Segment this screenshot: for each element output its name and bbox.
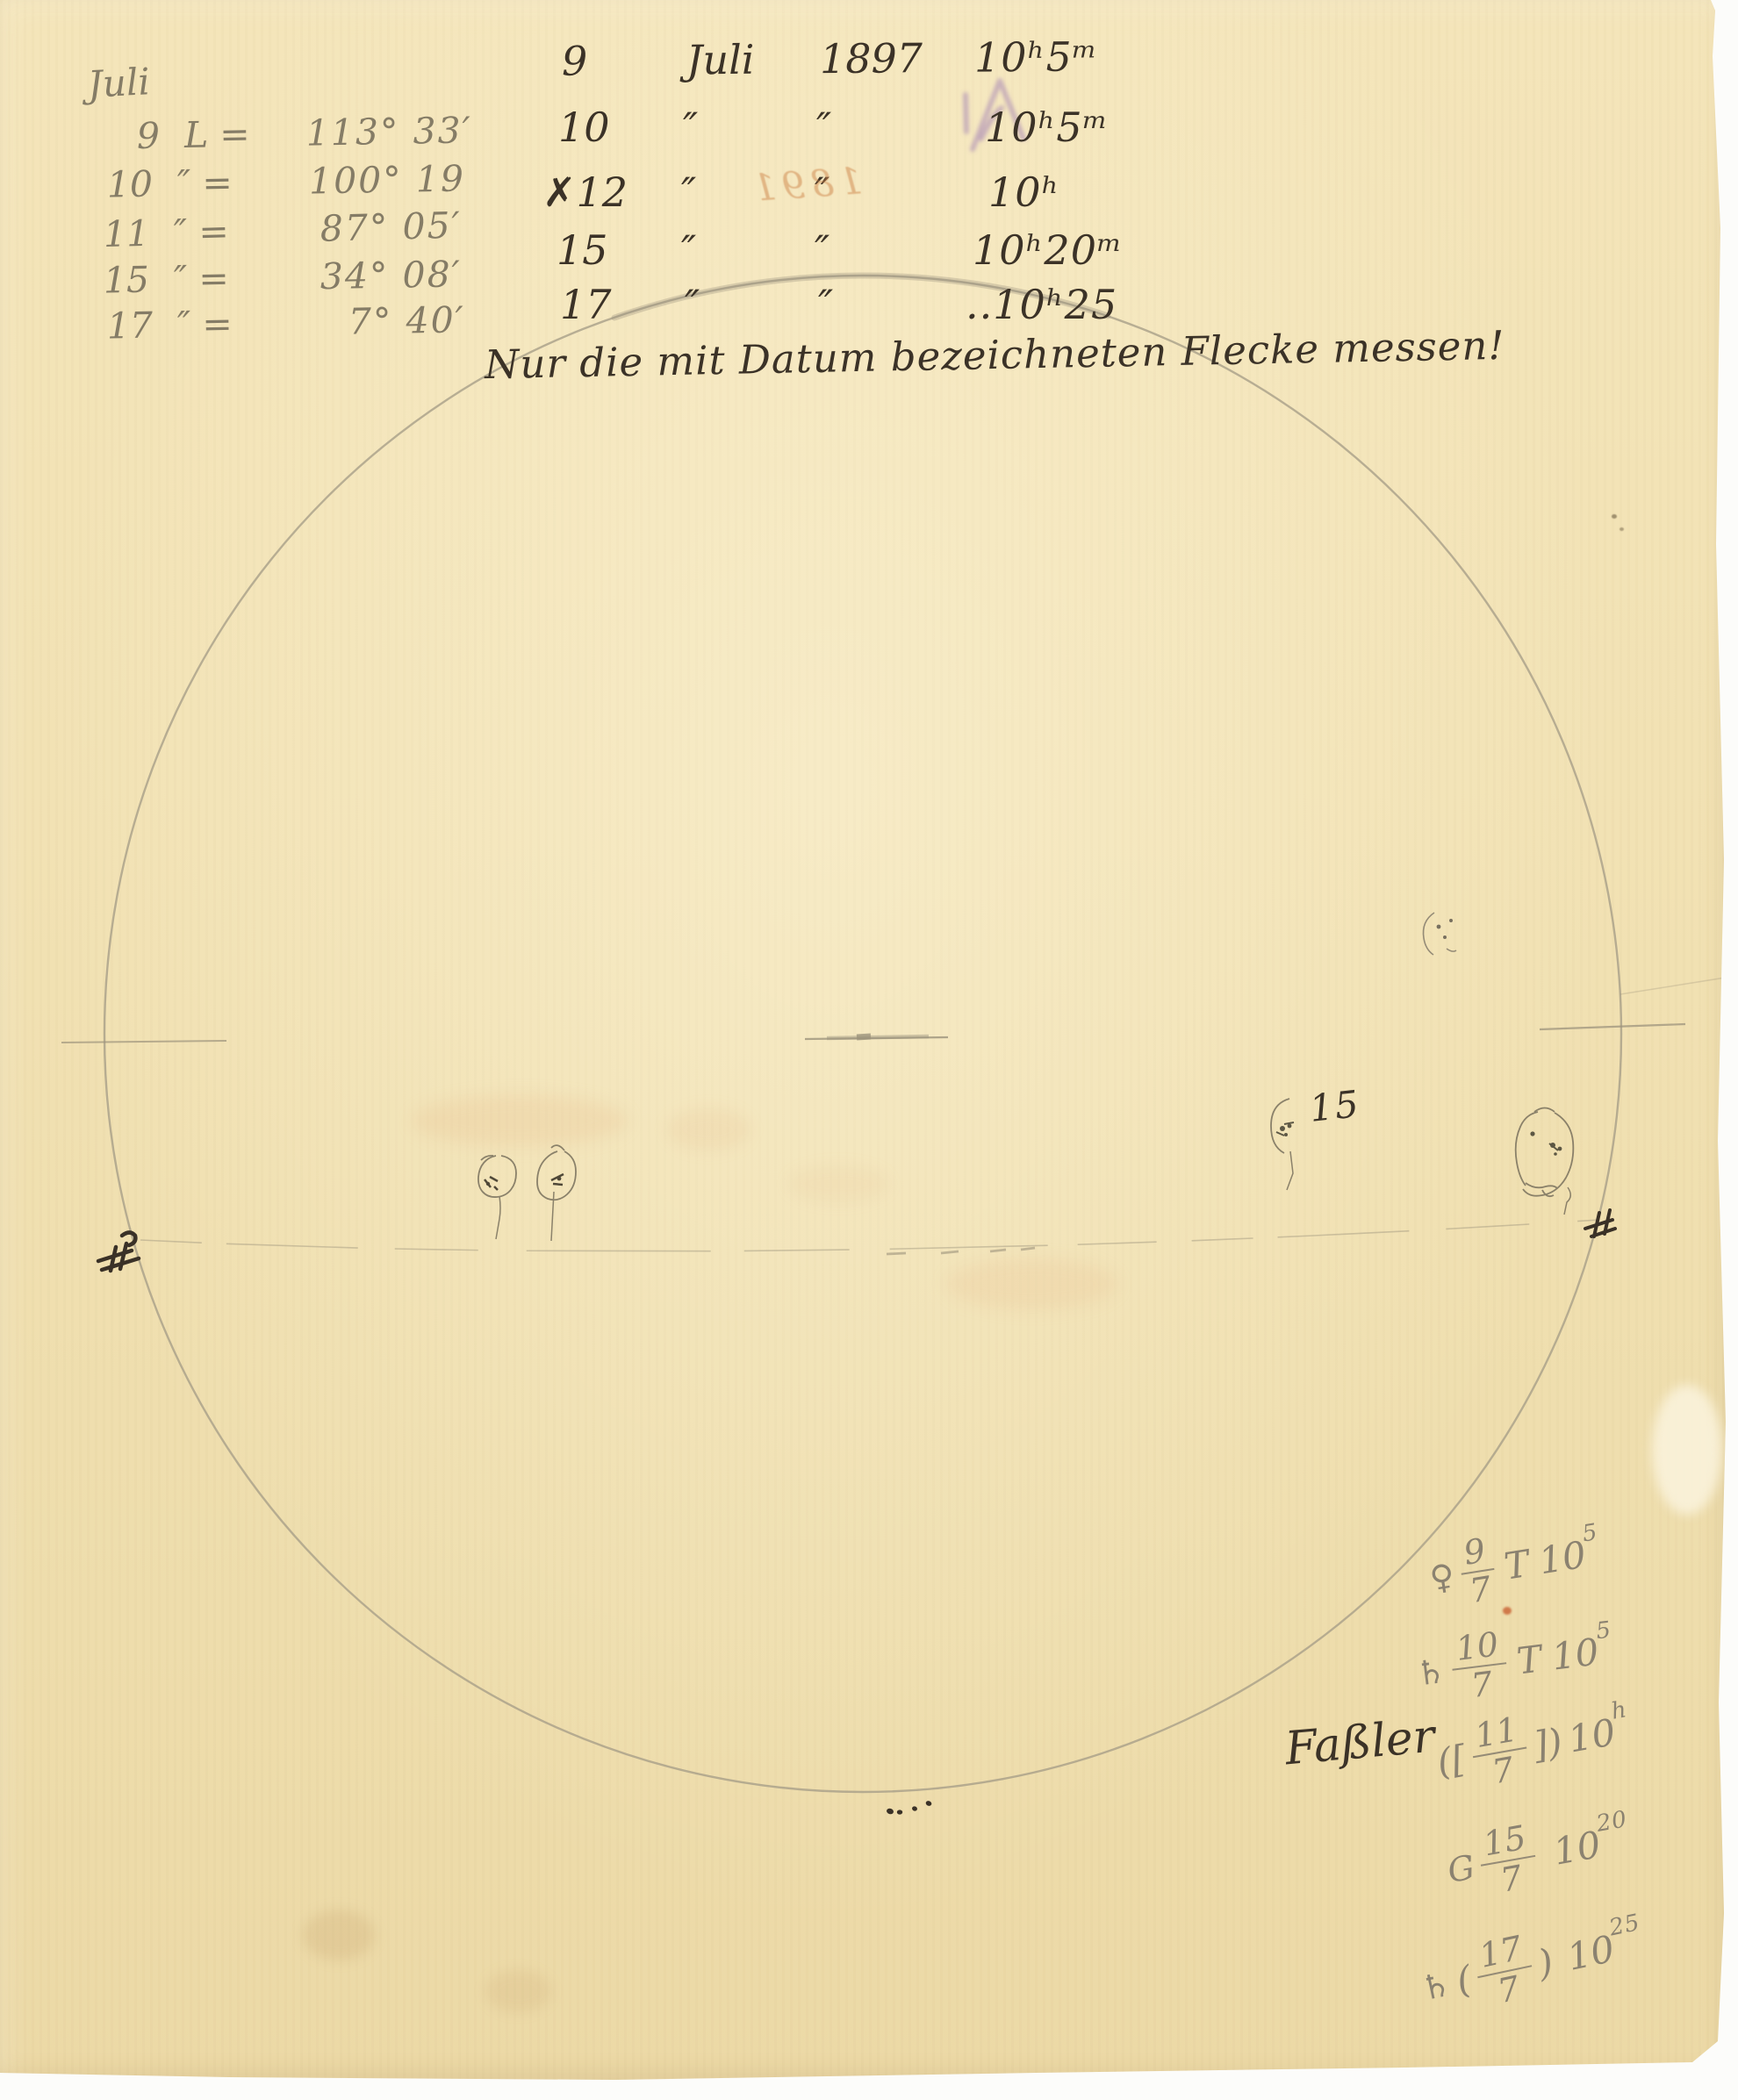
obs-month: Juli [686,35,820,83]
fraction: 107 [1448,1626,1512,1706]
longitude-symbol: ″ = [173,209,262,254]
solar-disk-circle [104,276,1621,1792]
obs-time: ..10ʰ25 [966,281,1117,328]
observation-row: 15″″10ʰ20ᵐ [557,226,1123,274]
longitude-value: 7° 40′ [265,298,466,344]
power-term: 105 [1549,1629,1616,1679]
paren-open: ( [1453,1958,1476,2003]
longitude-symbol: ″ = [177,161,266,204]
sunspot-sketch-right [1516,1108,1574,1215]
day-value: 10 [97,163,154,206]
obs-month: ″ [681,226,815,274]
longitude-value: 34° 08′ [262,253,463,298]
orientation-lines [61,976,1736,1254]
paren-close: ) [1534,1940,1557,1985]
month-label: Juli [87,60,151,106]
day-value: 17 [97,305,154,348]
observation-row: 10″″10ʰ5ᵐ [558,104,1109,151]
obs-time: 10ʰ20ᵐ [973,226,1123,274]
fraction: 97 [1455,1532,1500,1610]
ink-dots-bottom [886,1800,932,1815]
power-term: 10h [1565,1708,1634,1761]
obs-day: 9 [562,36,686,84]
fraction: 177 [1470,1930,1539,2013]
obs-time: 10ʰ5ᵐ [974,32,1098,81]
sunspot-sketch-b [537,1145,576,1241]
bracket-close: ]) [1530,1720,1566,1767]
power-term: 105 [1536,1530,1605,1583]
day-value: 11 [92,212,149,256]
observation-row: 17″″..10ʰ25 [560,281,1117,328]
limb-hatch-right [1585,1210,1615,1236]
day-value: 15 [93,259,150,302]
obs-day: 17 [560,281,685,328]
sunspot-sketch-small [1424,913,1457,955]
longitude-value: 113° 33′ [272,109,473,154]
longitude-row: 10″ =100° 19 [97,157,466,205]
obs-day: 10 [558,104,683,151]
obs-time: 10ʰ5ᵐ [985,104,1109,151]
power-term: 1020 [1550,1817,1634,1874]
obs-year: ″ [816,104,964,151]
longitude-value: 87° 05′ [261,204,462,252]
longitude-symbol: ″ = [177,302,266,346]
longitude-value: 100° 19 [265,157,466,203]
longitude-symbol: ″ = [174,256,262,300]
bracket-open: ([ [1433,1737,1469,1784]
sunspot-sketch-15 [1271,1099,1294,1190]
bleedthrough-text: 1891 [746,159,864,210]
obs-month: ″ [685,281,818,328]
longitude-row: 15″ =34° 08′ [93,253,463,301]
group-symbol: G [1445,1847,1478,1890]
operator: T [1501,1542,1532,1588]
longitude-row: 9L =113° 33′ [104,109,473,157]
obs-day: ✗12 [542,168,667,216]
spot-date-label: 15 [1308,1082,1362,1130]
paper-sheet: Juli 9L =113° 33′ 10″ =100° 19 11″ =87° … [0,0,1731,2083]
obs-month: ″ [683,104,816,151]
obs-year: ″ [818,281,966,328]
obs-day: 15 [557,226,681,274]
operator: T [1514,1638,1544,1683]
obs-year: 1897 [820,34,967,82]
day-value: 9 [104,115,161,158]
venus-symbol: ♀ [1427,1556,1457,1598]
sunspot-sketch-a [478,1156,516,1239]
longitude-symbol: L = [184,112,273,156]
fraction: 157 [1475,1819,1541,1901]
power-term: 1025 [1563,1921,1648,1979]
fraction: 117 [1467,1711,1533,1793]
longitude-row: 17″ =7° 40′ [97,298,466,347]
saturn-symbol: ♄ [1413,1652,1447,1694]
observation-row: 9Juli189710ʰ5ᵐ [562,32,1098,84]
obs-year: ″ [815,226,962,274]
obs-time: 10ʰ [988,168,1059,216]
